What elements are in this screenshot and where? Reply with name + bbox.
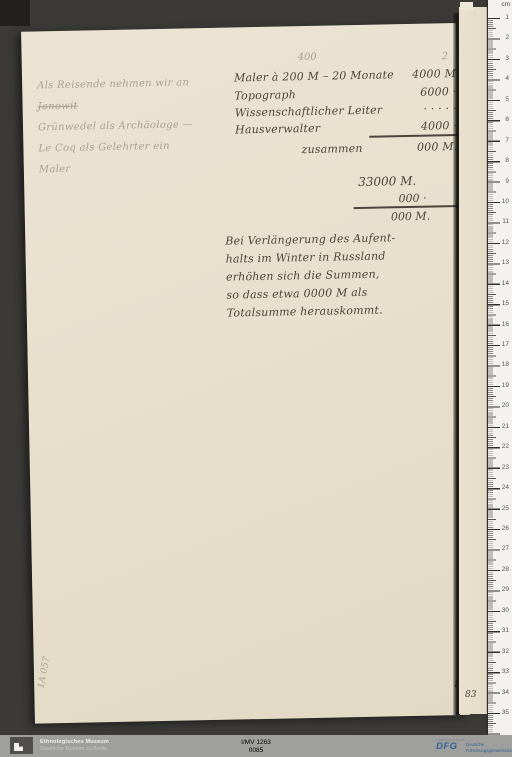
ruler-number: 4: [505, 76, 509, 83]
total-label: zusammen: [301, 142, 362, 156]
ruler-number: 11: [502, 219, 509, 226]
ruler-number: 14: [502, 281, 509, 288]
cost-label: Topograph: [234, 88, 296, 102]
mat-corner: [0, 0, 30, 26]
ruler-number: 28: [502, 567, 509, 574]
ruler-number: 3: [505, 56, 509, 63]
next-page-tab: [460, 2, 473, 10]
ruler-number: 22: [502, 444, 509, 451]
folio-number-next: 83: [465, 690, 476, 700]
ruler-number: 7: [505, 138, 509, 145]
ruler-number: 15: [502, 301, 509, 308]
ruler-number: 20: [502, 403, 509, 410]
ruler-number: 13: [502, 260, 509, 267]
dfg-logo: DFG: [436, 741, 458, 752]
ruler-number: 6: [505, 117, 509, 124]
cost-row: Maler à 200 M – 20 Monate 4000 M: [234, 67, 456, 84]
ruler-number: 21: [502, 424, 509, 431]
pencil-note-line: Maler: [39, 156, 194, 180]
cost-label: Hausverwalter: [235, 122, 320, 137]
cost-value: · · · · ·: [423, 102, 457, 116]
ruler-number: 1: [505, 15, 509, 22]
ruler-number: 32: [502, 649, 509, 656]
pencil-notes: Als Reisende nehmen wir an Janowit Grünw…: [37, 72, 194, 180]
ruler-number: 23: [502, 465, 509, 472]
sum-line: 000 M.: [391, 210, 431, 224]
sum-line: 000 ·: [398, 192, 426, 206]
sum-underline: [369, 134, 457, 137]
ruler-number: 24: [502, 485, 509, 492]
cost-value: 4000 M: [412, 67, 456, 81]
total-value: 000 M.: [417, 140, 458, 154]
ruler-number: 25: [502, 506, 509, 513]
ruler-number: 33: [502, 669, 509, 676]
cost-label: Maler à 200 M – 20 Monate: [234, 68, 394, 84]
footer-bar: Ethnologisches Museum Staatliche Museen …: [0, 735, 512, 757]
ruler-number: 16: [502, 322, 509, 329]
ruler-number: 18: [502, 362, 509, 369]
ruler-number: 9: [505, 179, 509, 186]
ruler-number: 30: [502, 608, 509, 615]
ruler-number: 34: [502, 690, 509, 697]
paragraph-line: Totalsumme herauskommt.: [227, 301, 397, 322]
ruler-number: 19: [502, 383, 509, 390]
ruler-number: 27: [502, 546, 509, 553]
ruler-ticks: [488, 0, 502, 735]
sum-line: 33000 M.: [358, 174, 416, 189]
paragraph-line: erhöhen sich die Summen,: [226, 265, 396, 286]
cost-value: 4000 ·: [421, 119, 457, 133]
cm-ruler: cm 1234567891011121314151617181920212223…: [488, 0, 512, 735]
pencil-note-line: Als Reisende nehmen wir an: [37, 72, 192, 96]
cost-row: Wissenschaftlicher Leiter · · · · ·: [235, 102, 457, 119]
ruler-number: 5: [505, 97, 509, 104]
cost-value: 6000 ·: [420, 85, 456, 99]
ruler-number: 35: [502, 710, 509, 717]
pencil-correction: 2: [442, 51, 449, 62]
inventory-mark: 1A 057: [36, 656, 52, 690]
ruler-number: 10: [502, 199, 509, 206]
sum-underline: [354, 205, 460, 209]
ruler-number: 26: [502, 526, 509, 533]
dfg-name-line1: Deutsche: [466, 742, 484, 747]
next-page-edge: [459, 7, 487, 714]
note-paragraph: Bei Verlängerung des Aufent- halts im Wi…: [225, 229, 397, 322]
cost-label: Wissenschaftlicher Leiter: [235, 103, 383, 119]
scan-viewport: Als Reisende nehmen wir an Janowit Grünw…: [0, 0, 512, 757]
pencil-correction: 400: [298, 52, 317, 63]
dfg-name-line2: Forschungsgemeinschaft: [466, 748, 512, 753]
ruler-unit-label: cm: [501, 1, 510, 8]
ruler-number: 31: [502, 628, 509, 635]
cost-row: Topograph 6000 ·: [234, 85, 456, 102]
ruler-number: 29: [502, 587, 509, 594]
cost-total-row: zusammen 000 M.: [235, 140, 457, 157]
ruler-number: 8: [505, 158, 509, 165]
ruler-number: 2: [505, 35, 509, 42]
pencil-note-line: Grünwedel als Archäologe —: [38, 114, 193, 138]
ruler-number: 12: [502, 240, 509, 247]
manuscript-page: Als Reisende nehmen wir an Janowit Grünw…: [21, 23, 470, 724]
ruler-number: 17: [502, 342, 509, 349]
